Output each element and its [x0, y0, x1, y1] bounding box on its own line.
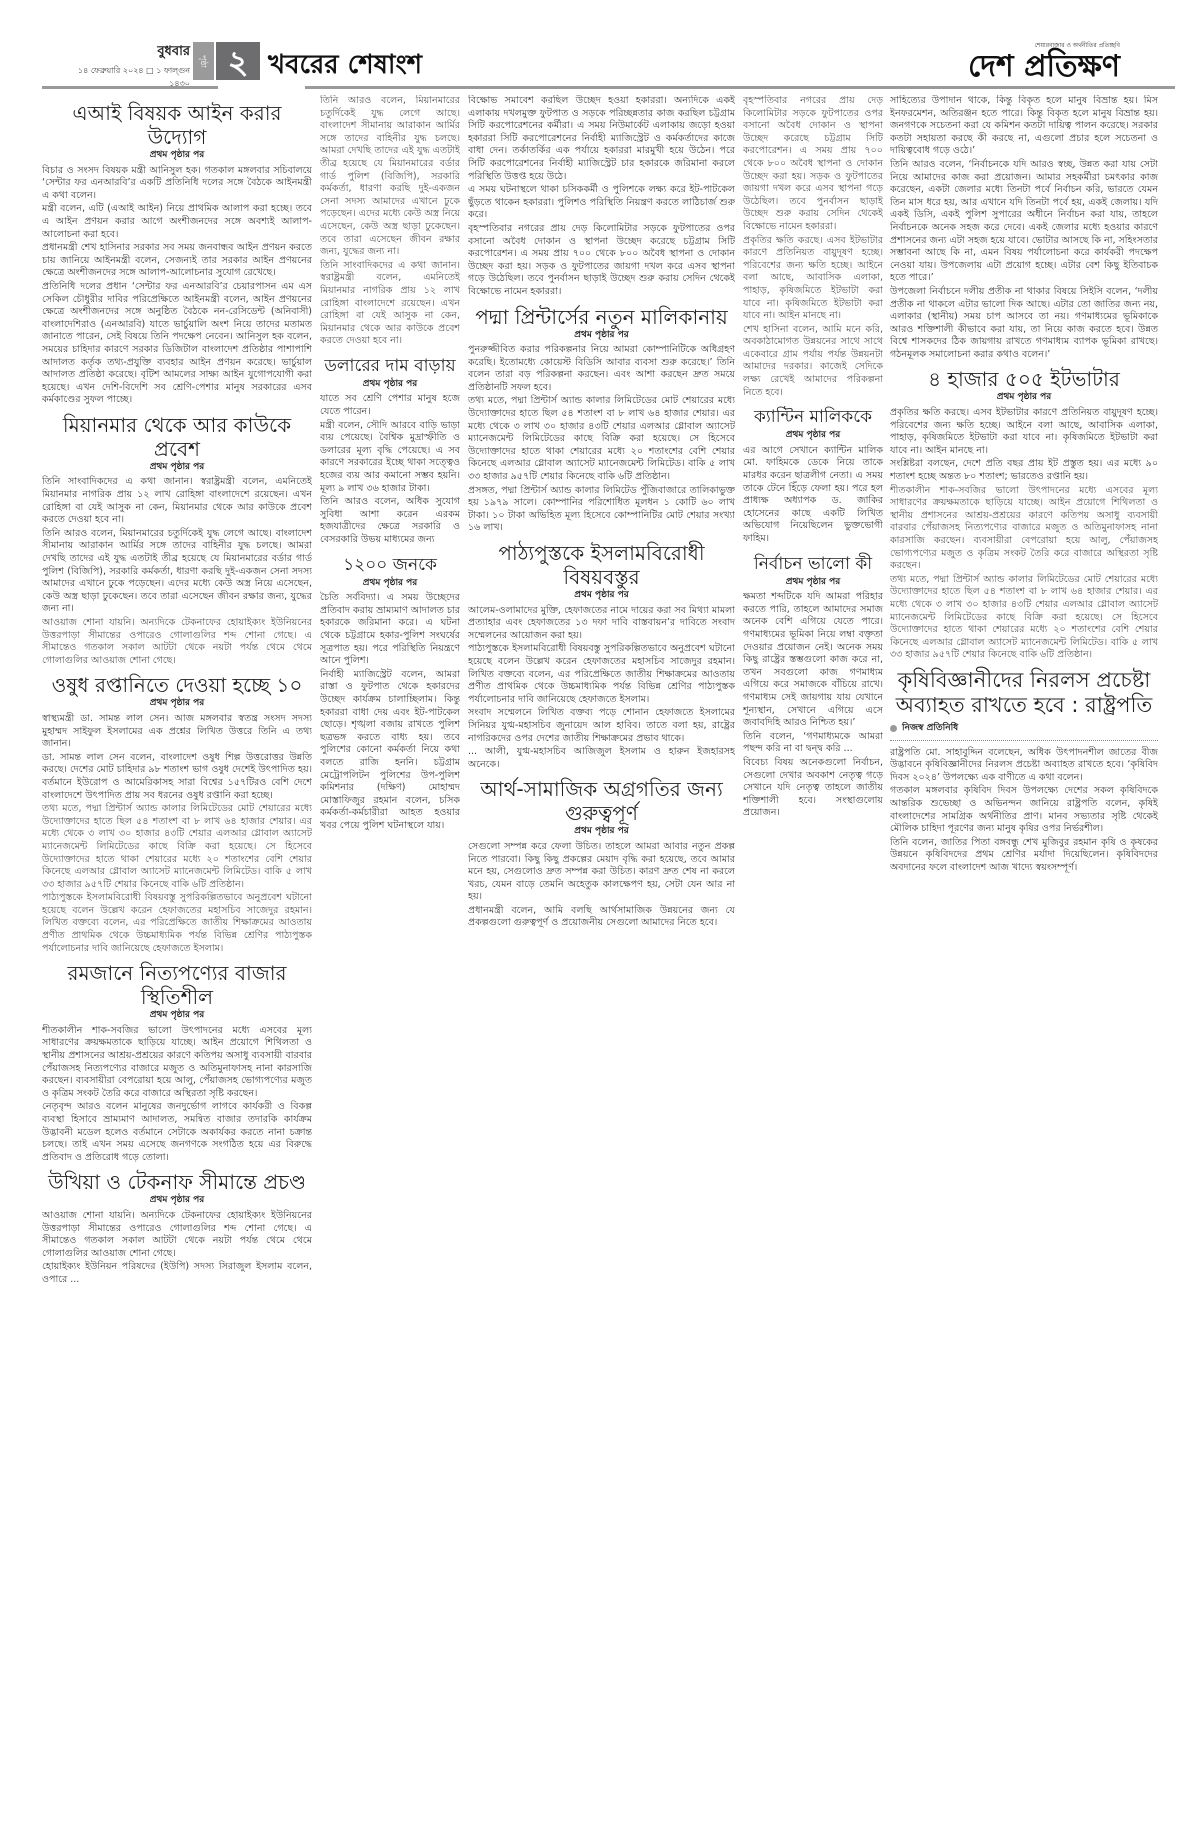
- headline: উখিয়া ও টেকনাফ সীমান্তে প্রচণ্ড: [42, 1170, 312, 1194]
- continued-label: প্রথম পৃষ্ঠার পর: [320, 378, 460, 391]
- page-label: পৃষ্ঠা: [193, 42, 214, 80]
- headline: কৃষিবিজ্ঞানীদের নিরলস প্রচেষ্টা অব্যাহত …: [890, 668, 1158, 718]
- paragraph: যাতে সব শ্রেণি পেশার মানুষ হজে যেতে পারে…: [320, 393, 460, 418]
- paragraph: প্রকৃতির ক্ষতি করছে। এসব ইটভাটার কারণে প…: [743, 235, 883, 323]
- continued-label: প্রথম পৃষ্ঠার পর: [42, 1009, 312, 1022]
- paragraph: বৃহস্পতিবার নগরের প্রায় দেড় কিলোমিটার …: [743, 95, 883, 234]
- paragraph: প্রধানমন্ত্রী বলেন, আমি বলছি আর্থসামাজিক…: [468, 905, 735, 930]
- continued-label: প্রথম পৃষ্ঠার পর: [743, 576, 883, 589]
- headline: পাঠ্যপুস্তকে ইসলামবিরোধী বিষয়বস্তুর: [468, 541, 735, 589]
- headline: ১২০০ জনকে: [320, 553, 460, 577]
- paragraph: তিনি আরও বলেন, ‘নির্বাচনকে যদি আরও স্বচ্…: [890, 159, 1158, 285]
- headline: পদ্মা প্রিন্টার্সের নতুন মালিকানায়: [468, 305, 735, 329]
- page-number: ২: [216, 42, 260, 80]
- paragraph: স্বাস্থ্যমন্ত্রী ডা. সামন্ত লাল সেন। আজ …: [42, 713, 312, 751]
- headline: ওষুধ রপ্তানিতে দেওয়া হচ্ছে ১০: [42, 673, 312, 697]
- paragraph: তিনি বলেন, জাতির পিতা বঙ্গবন্ধু শেখ মুজি…: [890, 837, 1158, 875]
- continued-label: প্রথম পৃষ্ঠার পর: [42, 1194, 312, 1207]
- column-2: তিনি আরও বলেন, মিয়ানমারের চতুর্দিকেই যু…: [320, 95, 460, 1835]
- paragraph: বিচার ও সংসদ বিষয়ক মন্ত্রী আনিসুল হক। গ…: [42, 165, 312, 203]
- column-5: সাহিত্যের উপাদান থাকে, কিন্তু বিকৃত হলে …: [890, 95, 1158, 1835]
- article-ai-law: এআই বিষয়ক আইন করার উদ্যোগ প্রথম পৃষ্ঠার…: [42, 101, 312, 407]
- paragraph: ক্ষমতা শব্দটিকে যদি আমরা পরিহার করতে পার…: [743, 591, 883, 730]
- paragraph: হোয়াইক্যং ইউনিয়ন পরিষদের (ইউপি) সদস্য …: [42, 1261, 312, 1286]
- article-socioeconomic: আর্থ-সামাজিক অগ্রগতির জন্য গুরুত্বপূর্ণ …: [468, 777, 735, 930]
- paragraph: আওয়াজ শোনা যায়নি। অন্যদিকে টেকনাফের হো…: [42, 617, 312, 667]
- paragraph: বিবেচ্য বিষয় অনেকগুলো নির্বাচন, সেগুলো …: [743, 757, 883, 820]
- paragraph: তিনি আরও বলেন, মিয়ানমারের চতুর্দিকেই যু…: [42, 528, 312, 616]
- paragraph: প্রতিনিধি দলের প্রধান ‘সেন্টার ফর এনআরবি…: [42, 281, 312, 407]
- paragraph: তিনি আরও বলেন, মিয়ানমারের চতুর্দিকেই যু…: [320, 95, 460, 259]
- paragraph: শীতকালীন শাক-সবজির ভালো উৎপাদনের মধ্যে এ…: [42, 1025, 312, 1101]
- article-hawkers: বিক্ষোভ সমাবেশ করছিল উচ্ছেদ হওয়া হকাররা…: [468, 95, 735, 299]
- paragraph: গতকাল মঙ্গলবার কৃষিবিদ দিবস উপলক্ষ্যে দে…: [890, 785, 1158, 835]
- paragraph: শেখ হাসিনা বলেন, আমি মনে করি, অবকাঠামোগত…: [743, 324, 883, 400]
- paragraph: বিক্ষোভ সমাবেশ করছিল উচ্ছেদ হওয়া হকাররা…: [468, 95, 735, 183]
- masthead: বুধবার ১৪ ফেব্রুয়ারি ২০২৪ □ ১ ফাল্গুন ১…: [0, 0, 1200, 80]
- column-1: এআই বিষয়ক আইন করার উদ্যোগ প্রথম পৃষ্ঠার…: [42, 95, 312, 1835]
- paragraph: প্রধানমন্ত্রী শেখ হাসিনার সরকার সব সময় …: [42, 242, 312, 280]
- paragraph: তথ্য মতে, পদ্মা প্রিন্টার্স অ্যান্ড কালা…: [890, 574, 1158, 662]
- paragraph: তথ্য মতে, পদ্মা প্রিন্টার্স অ্যান্ড কালা…: [468, 395, 735, 483]
- paragraph: তিনি সাংবাদিকদের এ কথা জানান। স্বরাষ্ট্র…: [320, 260, 460, 348]
- paragraph: উপজেলা নির্বাচনে দলীয় প্রতীক না থাকার ব…: [890, 286, 1158, 362]
- paragraph: প্রসঙ্গত, পদ্মা প্রিন্টার্স অ্যান্ড কালা…: [468, 485, 735, 535]
- continued-label: প্রথম পৃষ্ঠার পর: [468, 589, 735, 602]
- article-brick-kilns: ৪ হাজার ৫০৫ ইটভাটার প্রথম পৃষ্ঠার পর প্র…: [890, 367, 1158, 661]
- paragraph: সেগুলো সম্পন্ন করে ফেলা উচিত। তাহলে আমরা…: [468, 841, 735, 904]
- article-ukhia-teknaf: উখিয়া ও টেকনাফ সীমান্তে প্রচণ্ড প্রথম প…: [42, 1170, 312, 1286]
- paragraph: তিনি সাংবাদিকদের এ কথা জানান। স্বরাষ্ট্র…: [42, 476, 312, 526]
- header-rule-right: [305, 86, 1175, 89]
- article-ramadan-market: রমজানে নিত্যপণ্যের বাজার স্থিতিশীল প্রথম…: [42, 961, 312, 1164]
- paragraph: পুনরুজ্জীবিত করার পরিকল্পনার নিয়ে আমরা …: [468, 344, 735, 394]
- paragraph: এর আগে সেখানে ক্যান্টিন মালিক মো. ফাহিমক…: [743, 445, 883, 546]
- article-textbook: পাঠ্যপুস্তকে ইসলামবিরোধী বিষয়বস্তুর প্র…: [468, 541, 735, 771]
- paragraph: রাষ্ট্রপতি মো. সাহাবুদ্দিন বলেছেন, অধিক …: [890, 747, 1158, 785]
- paragraph: তিনি আরও বলেন, অধিক সুযোগ সুবিধা আশা করে…: [320, 496, 460, 546]
- continued-label: প্রথম পৃষ্ঠার পর: [42, 697, 312, 710]
- paragraph: প্রকৃতির ক্ষতি করছে। এসব ইটভাটার কারণে প…: [890, 407, 1158, 457]
- article-twelve-hundred: ১২০০ জনকে প্রথম পৃষ্ঠার পর চৈতি সর্ববিদ্…: [320, 553, 460, 833]
- section-title: খবরের শেষাংশ: [268, 44, 422, 88]
- continued-label: প্রথম পৃষ্ঠার পর: [468, 825, 735, 838]
- article-medicine-export: ওষুধ রপ্তানিতে দেওয়া হচ্ছে ১০ প্রথম পৃষ…: [42, 673, 312, 955]
- headline: ডলারের দাম বাড়ায়: [320, 354, 460, 378]
- paragraph: তিনি বলেন, ‘গণমাধ্যমকে আমরা পছন্দ করি না…: [743, 731, 883, 756]
- newspaper-logo: শেয়ারবাজার ও অর্থনীতির প্রতিচ্ছবি দেশ প…: [968, 40, 1120, 83]
- continued-label: প্রথম পৃষ্ঠার পর: [320, 577, 460, 590]
- continued-label: প্রথম পৃষ্ঠার পর: [42, 149, 312, 162]
- headline: মিয়ানমার থেকে আর কাউকে প্রবেশ: [42, 413, 312, 461]
- paragraph: বৃহস্পতিবার নগরের প্রায় দেড় কিলোমিটার …: [468, 223, 735, 299]
- paragraph: নির্বাহী ম্যাজিস্ট্রেট বলেন, আমরা রাস্তা…: [320, 669, 460, 833]
- paragraph: এ সময় ঘটনাস্থলে থাকা চসিককর্মী ও পুলিশক…: [468, 184, 735, 222]
- headline: ৪ হাজার ৫০৫ ইটভাটার: [890, 367, 1158, 391]
- paragraph: চৈতি সর্ববিদ্যা। এ সময় উচ্ছেদের প্রতিবা…: [320, 592, 460, 668]
- paragraph: সংশ্লিষ্টরা বলছেন, দেশে প্রতি বছর প্রায়…: [890, 458, 1158, 483]
- column-3: বিক্ষোভ সমাবেশ করছিল উচ্ছেদ হওয়া হকাররা…: [468, 95, 735, 1835]
- article-myanmar: মিয়ানমার থেকে আর কাউকে প্রবেশ প্রথম পৃষ…: [42, 413, 312, 668]
- continued-label: প্রথম পৃষ্ঠার পর: [42, 461, 312, 474]
- paragraph: ... আলী, যুগ্ম-মহাসচিব আজিজুল ইসলাম ও হা…: [468, 746, 735, 771]
- headline: নির্বাচন ভালো কী: [743, 552, 883, 576]
- article-dollar: ডলারের দাম বাড়ায় প্রথম পৃষ্ঠার পর যাতে…: [320, 354, 460, 547]
- headline: ক্যান্টিন মালিককে: [743, 405, 883, 429]
- headline: আর্থ-সামাজিক অগ্রগতির জন্য গুরুত্বপূর্ণ: [468, 777, 735, 825]
- paragraph: মন্ত্রী বলেন, এটি (এআই আইন) নিয়ে প্রাথম…: [42, 203, 312, 241]
- article-canteen: ক্যান্টিন মালিককে প্রথম পৃষ্ঠার পর এর আগ…: [743, 405, 883, 545]
- byline: নিজস্ব প্রতিনিধি: [890, 718, 1158, 741]
- paragraph: মন্ত্রী বলেন, সৌদি আরবে বাড়ি ভাড়া ব্যয…: [320, 420, 460, 496]
- continued-label: প্রথম পৃষ্ঠার পর: [890, 391, 1158, 404]
- paragraph: নেতৃবৃন্দ আরও বলেন মানুষের জনদুর্ভোগ লাগ…: [42, 1101, 312, 1164]
- brand-name: দেশ প্রতিক্ষণ: [968, 51, 1120, 83]
- headline: এআই বিষয়ক আইন করার উদ্যোগ: [42, 101, 312, 149]
- article-election: নির্বাচন ভালো কী প্রথম পৃষ্ঠার পর ক্ষমতা…: [743, 552, 883, 820]
- article-agri-scientists: কৃষিবিজ্ঞানীদের নিরলস প্রচেষ্টা অব্যাহত …: [890, 668, 1158, 875]
- paragraph: পাঠ্যপুস্তকে ইসলামবিরোধী বিষয়বস্তু সুপর…: [42, 892, 312, 955]
- paragraph: সাহিত্যের উপাদান থাকে, কিন্তু বিকৃত হলে …: [890, 95, 1158, 158]
- paragraph: তথ্য মতে, পদ্মা প্রিন্টার্স অ্যান্ড কালা…: [42, 803, 312, 891]
- paragraph: আওয়াজ শোনা যায়নি। অন্যদিকে টেকনাফের হো…: [42, 1210, 312, 1260]
- headline: রমজানে নিত্যপণ্যের বাজার স্থিতিশীল: [42, 961, 312, 1009]
- article-commission: সাহিত্যের উপাদান থাকে, কিন্তু বিকৃত হলে …: [890, 95, 1158, 361]
- paragraph: পাঠ্যপুস্তকে ইসলামবিরোধী বিষয়বস্তু সুপর…: [468, 643, 735, 706]
- paragraph: ডা. সামন্ত লাল সেন বলেন, বাংলাদেশ ওষুধ শ…: [42, 752, 312, 802]
- continued-label: প্রথম পৃষ্ঠার পর: [743, 429, 883, 442]
- paragraph: সংবাদ সম্মেলনে লিখিত বক্তব্য পড়ে শোনান …: [468, 707, 735, 745]
- header-rule-left: [42, 86, 218, 89]
- date-block: বুধবার ১৪ ফেব্রুয়ারি ২০২৪ □ ১ ফাল্গুন ১…: [60, 42, 190, 91]
- article-padma-printers: পদ্মা প্রিন্টার্সের নতুন মালিকানায় প্রথ…: [468, 305, 735, 536]
- continued-label: প্রথম পৃষ্ঠার পর: [468, 329, 735, 342]
- paragraph: শীতকালীন শাক-সবজির ভালো উৎপাদনের মধ্যে এ…: [890, 485, 1158, 573]
- column-4: বৃহস্পতিবার নগরের প্রায় দেড় কিলোমিটার …: [743, 95, 883, 1835]
- paragraph: আলেম-ওলামাদের মুক্তি, হেফাজতের নামে দায়…: [468, 605, 735, 643]
- weekday: বুধবার: [60, 42, 190, 63]
